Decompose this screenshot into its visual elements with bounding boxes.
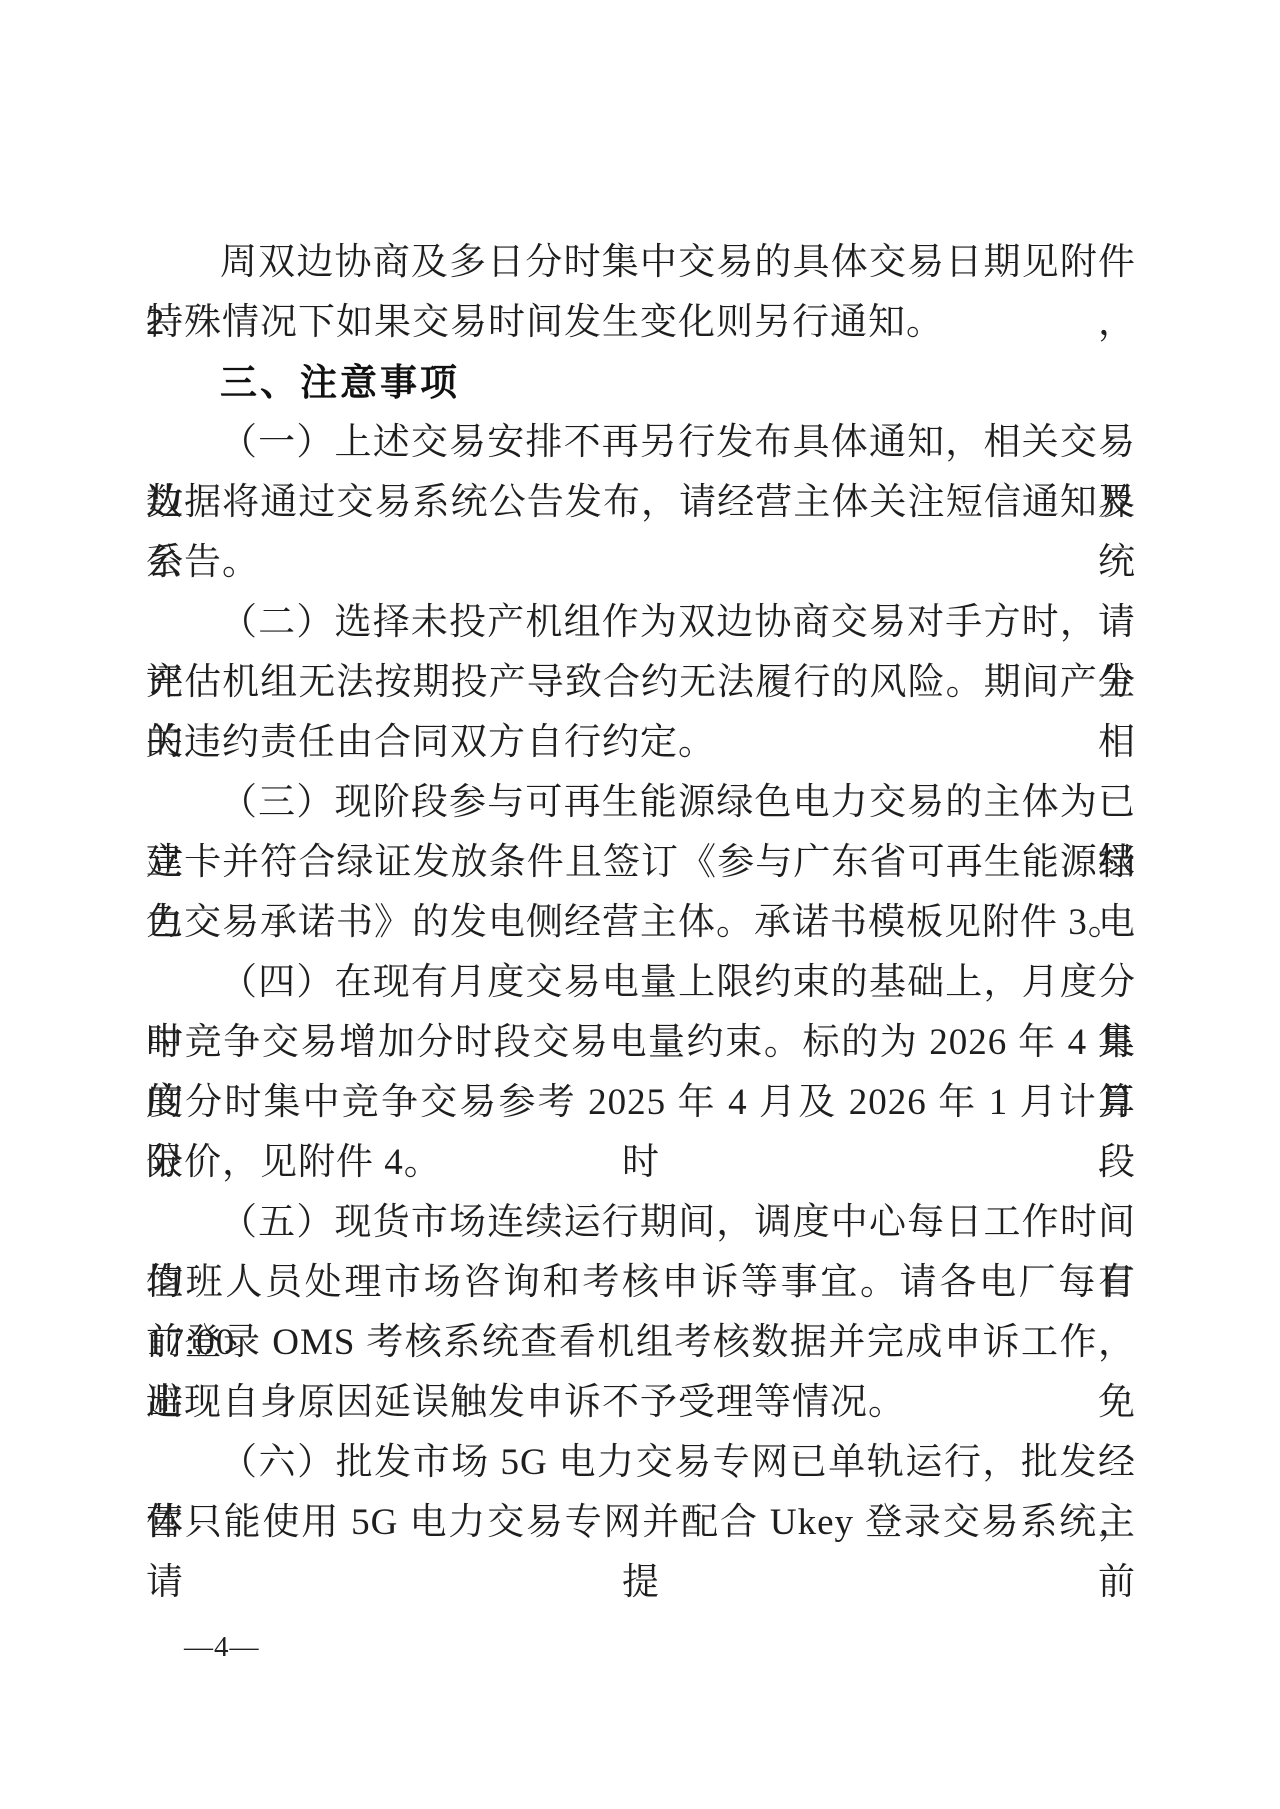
text-line: 前登录 OMS 考核系统查看机组考核数据并完成申诉工作，避免	[146, 1313, 1136, 1373]
page-number-label: —4—	[184, 1630, 260, 1664]
text-line: （三）现阶段参与可再生能源绿色电力交易的主体为已建档	[146, 773, 1136, 833]
text-line: （六）批发市场 5G 电力交易专网已单轨运行，批发经营主	[146, 1433, 1136, 1493]
text-line: 中竞争交易增加分时段交易电量约束。标的为 2026 年 4 月的月	[146, 1013, 1136, 1073]
text-line: 值班人员处理市场咨询和考核申诉等事宜。请各电厂每日 17:00	[146, 1253, 1136, 1313]
text-line: （四）在现有月度交易电量上限约束的基础上，月度分时集	[146, 953, 1136, 1013]
text-line: （一）上述交易安排不再另行发布具体通知，相关交易边界	[146, 413, 1136, 473]
text-line: 数据将通过交易系统公告发布，请经营主体关注短信通知及系统	[146, 473, 1136, 533]
text-line: 力交易承诺书》的发电侧经营主体。承诺书模板见附件 3。	[146, 893, 1136, 953]
text-line: 度分时集中竞争交易参考 2025 年 4 月及 2026 年 1 月计算分时段	[146, 1073, 1136, 1133]
document-page: 周双边协商及多日分时集中交易的具体交易日期见附件 2， 特殊情况下如果交易时间发…	[0, 0, 1280, 1809]
text-line: 体只能使用 5G 电力交易专网并配合 Ukey 登录交易系统，请提前	[146, 1493, 1136, 1553]
text-line: （五）现货市场连续运行期间，调度中心每日工作时间均有	[146, 1193, 1136, 1253]
document-content: 周双边协商及多日分时集中交易的具体交易日期见附件 2， 特殊情况下如果交易时间发…	[146, 233, 1136, 1553]
text-line: 立卡并符合绿证发放条件且签订《参与广东省可再生能源绿色电	[146, 833, 1136, 893]
text-line: 周双边协商及多日分时集中交易的具体交易日期见附件 2，	[146, 233, 1136, 293]
section-heading: 三、注意事项	[146, 353, 1136, 413]
text-line: （二）选择未投产机组作为双边协商交易对手方时，请充分	[146, 593, 1136, 653]
text-line: 评估机组无法按期投产导致合约无法履行的风险。期间产生的相	[146, 653, 1136, 713]
